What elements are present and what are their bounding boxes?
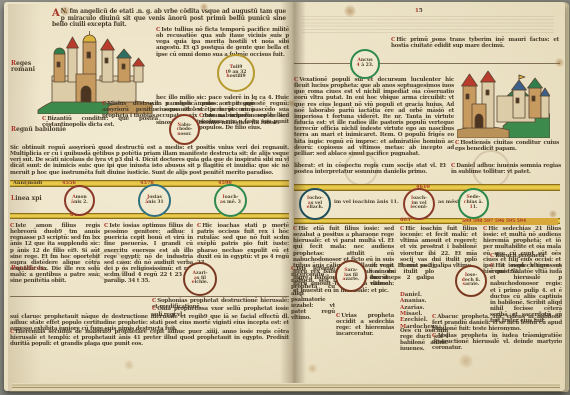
babylon-paragraph: Sic obtinuit regnū assyriorū quod destru… [10,145,289,176]
foxing-spot [124,360,134,370]
hieremias-paragraph: CHieremias secūdus de maiorib9 prophetar… [10,329,289,347]
left-column-amon-text: CIste amon filius regis hebreorū duob9 t… [10,223,100,285]
show-through-text [302,16,554,34]
year-sequence: 599 598 597 596 595 594 [462,218,558,225]
foxing-spot [549,210,557,218]
saraias-tail-text: cū rege. Et mīa socij vas dni itulit plo… [370,263,434,288]
timeline-circle-tullus-hostilius: Tuli9 t9 an 32 hostili9 [217,54,255,92]
foxing-spot [555,58,564,67]
timeline-circle-josedech: Iose- dech fi. saraie. [455,265,487,297]
margin-label-regnum-babilonie: Regnū babilonie [11,127,73,133]
anni-ante-christum-band-right: 603 599 598 597 596 595 594 [294,218,560,224]
folio-number: 15 [415,9,423,15]
baruch-line: CBaruch propheta [490,253,554,259]
show-through-circle [94,250,125,281]
city-illustration-icon [457,66,550,138]
foxing-spot [60,6,70,16]
timeline-circle-josias: Josias ānis 31 [138,184,171,217]
daniel-interlude-right: CDaniel adhuc iuuenis somnia regias in s… [451,163,561,175]
year-ante-christum: 603 [400,218,410,223]
margin-label-pontifices: Pontifices. [11,266,55,272]
abdias-paragraph: CAbdias propheta in iudea trāsmigratiōe … [432,333,562,351]
foxing-spot [459,354,473,368]
photograph-of-open-incunable: AN. fm angelicū de etati .n. g. ab vrbe … [0,0,570,395]
pontifices-line [10,296,289,297]
timeline-circle-joachim: Iocho- as vel eliach. [299,188,331,220]
abacuc-paragraph: CAbacuc propheta. Hic videns in babilonē… [432,314,562,332]
timeline-circle-sedechias: Sede- chias ā. 11. [458,188,489,219]
joachim-circle-tail: im vel ioachim ānis 11. [334,200,408,206]
timeline-circle-joachas: Ioach- as mē. 3 [214,184,247,217]
left-column-a: CIste tullius nō ficta temporū pacifice … [156,27,289,58]
timeline-circle-amon: Amon ānis 2. [64,185,95,216]
timeline-circle-ancus: Ancus 4 ā 23. [350,49,380,79]
left-column-joachas-text: CHic ioachas stati p mortē patris occisu… [197,223,289,266]
ostia-city-woodcut [457,66,550,138]
book-spread: AN. fm angelicū de etati .n. g. ab vrbe … [4,2,565,391]
urias-paragraph: CUrias propheta occidit a sedechia rege:… [336,313,394,338]
foxing-spot [344,5,356,17]
margin-label-linea-christi: Linea xpi [11,196,53,202]
right-main-paragraph: CVexationē populi sui et decursum lucule… [294,77,454,157]
page-edges [12,383,560,391]
foxing-spot [308,364,317,373]
foxing-spot [200,3,208,11]
timeline-circle-azarias: Azari- as fil elchie. [183,262,217,296]
timeline-circle-jechonias: Ioach- im vel ieconi- [403,188,435,220]
right-top-paragraph: CHic primū pons trans tyberim inē mauri … [391,37,559,49]
ostia-caption: CHostiensis ciuitas conditur cuius eps b… [455,140,559,152]
foxing-spot [24,180,30,186]
timeline-circle-nabuchodonosor: Nabu- chodo- nosor. [169,114,200,145]
reges-romani-line-right [294,63,560,64]
daniel-interlude-left: liberat: et in cōspectu regis cum socijs… [294,163,446,175]
nabuchodonosor-caption: CIste nabuchodonosor bellico sissimus re… [199,113,289,131]
left-top-paragraph: AN. fm angelicū de etati .n. g. ab vrbe … [52,9,286,29]
timeline-circle-saraias: Sara- ias fil azarie. [335,260,367,292]
